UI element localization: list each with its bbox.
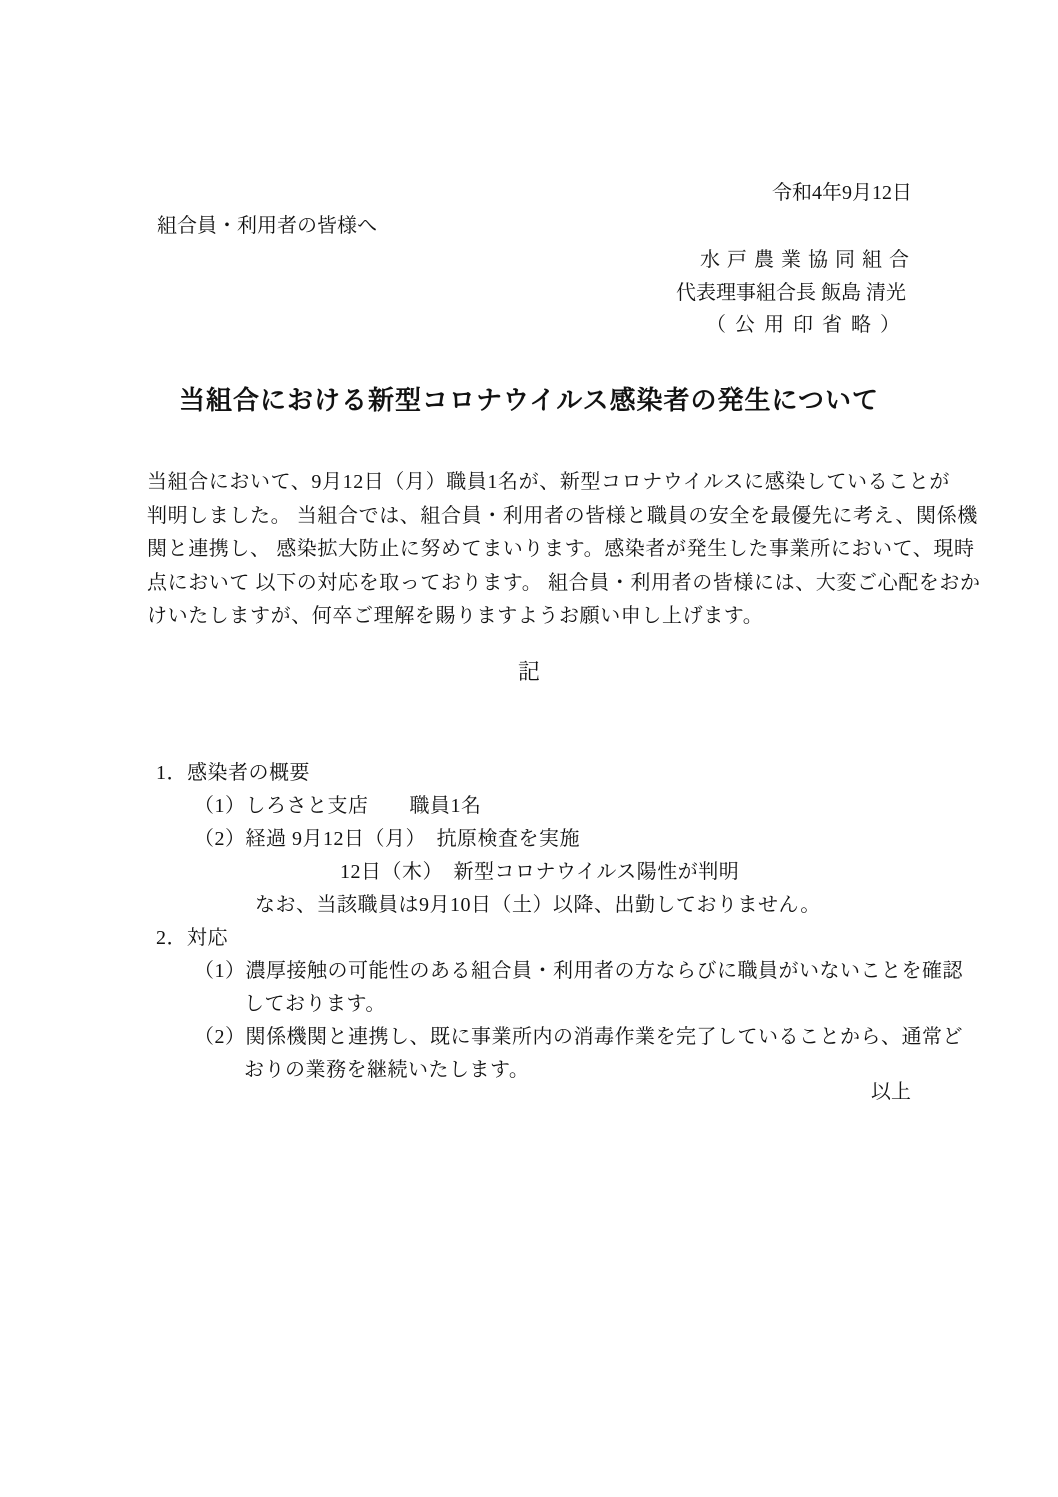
closing-marker: 以上 [871,1075,911,1104]
body-line-2: 判明しました。 当組合では、組合員・利用者の皆様と職員の安全を最優先に考え、関係… [147,500,981,534]
seal-omitted-note: （ 公 用 印 省 略 ） [706,308,902,337]
section-2-item-1: （1）濃厚接触の可能性のある組合員・利用者の方ならびに職員がいないことを確認 [194,955,963,988]
document-date: 令和4年9月12日 [772,176,912,205]
sender-organization: 水 戸 農 業 協 同 組 合 [700,243,910,272]
document-title: 当組合における新型コロナウイルス感染者の発生について [0,380,1058,417]
body-line-3: 関と連携し、 感染拡大防止に努めてまいります。感染者が発生した事業所において、現… [147,533,981,567]
section-2-item-2: （2）関係機関と連携し、既に事業所内の消毒作業を完了していることから、通常ど [194,1021,963,1054]
body-line-4: 点において 以下の対応を取っております。 組合員・利用者の皆様には、大変ご心配を… [147,567,981,601]
outline-list: 1．感染者の概要 （1）しろさと支店 職員1名 （2）経過 9月12日（月） 抗… [156,757,963,1087]
body-line-5: けいたしますが、何卒ご理解を賜りますようお願い申し上げます。 [147,600,981,634]
recipient-line: 組合員・利用者の皆様へ [157,209,377,238]
section-2-item-1-continuation: しております。 [244,988,963,1021]
section-1-item-1: （1）しろさと支店 職員1名 [194,790,963,823]
section-1-note: なお、当該職員は9月10日（土）以降、出勤しておりません。 [255,889,963,922]
body-line-1: 当組合において、9月12日（月）職員1名が、新型コロナウイルスに感染していること… [147,466,981,500]
section-1-heading: 1．感染者の概要 [156,757,963,790]
section-1-item-2-continuation: 12日（木） 新型コロナウイルス陽性が判明 [340,856,963,889]
body-paragraph: 当組合において、9月12日（月）職員1名が、新型コロナウイルスに感染していること… [147,466,981,634]
record-marker: 記 [0,655,1058,686]
section-2-heading: 2．対応 [156,922,963,955]
section-1-item-2: （2）経過 9月12日（月） 抗原検査を実施 [194,823,963,856]
section-2-item-2-continuation: おりの業務を継続いたします。 [244,1054,963,1087]
sender-representative: 代表理事組合長 飯島 清光 [676,276,906,305]
document-page: 令和4年9月12日 組合員・利用者の皆様へ 水 戸 農 業 協 同 組 合 代表… [0,0,1058,1497]
